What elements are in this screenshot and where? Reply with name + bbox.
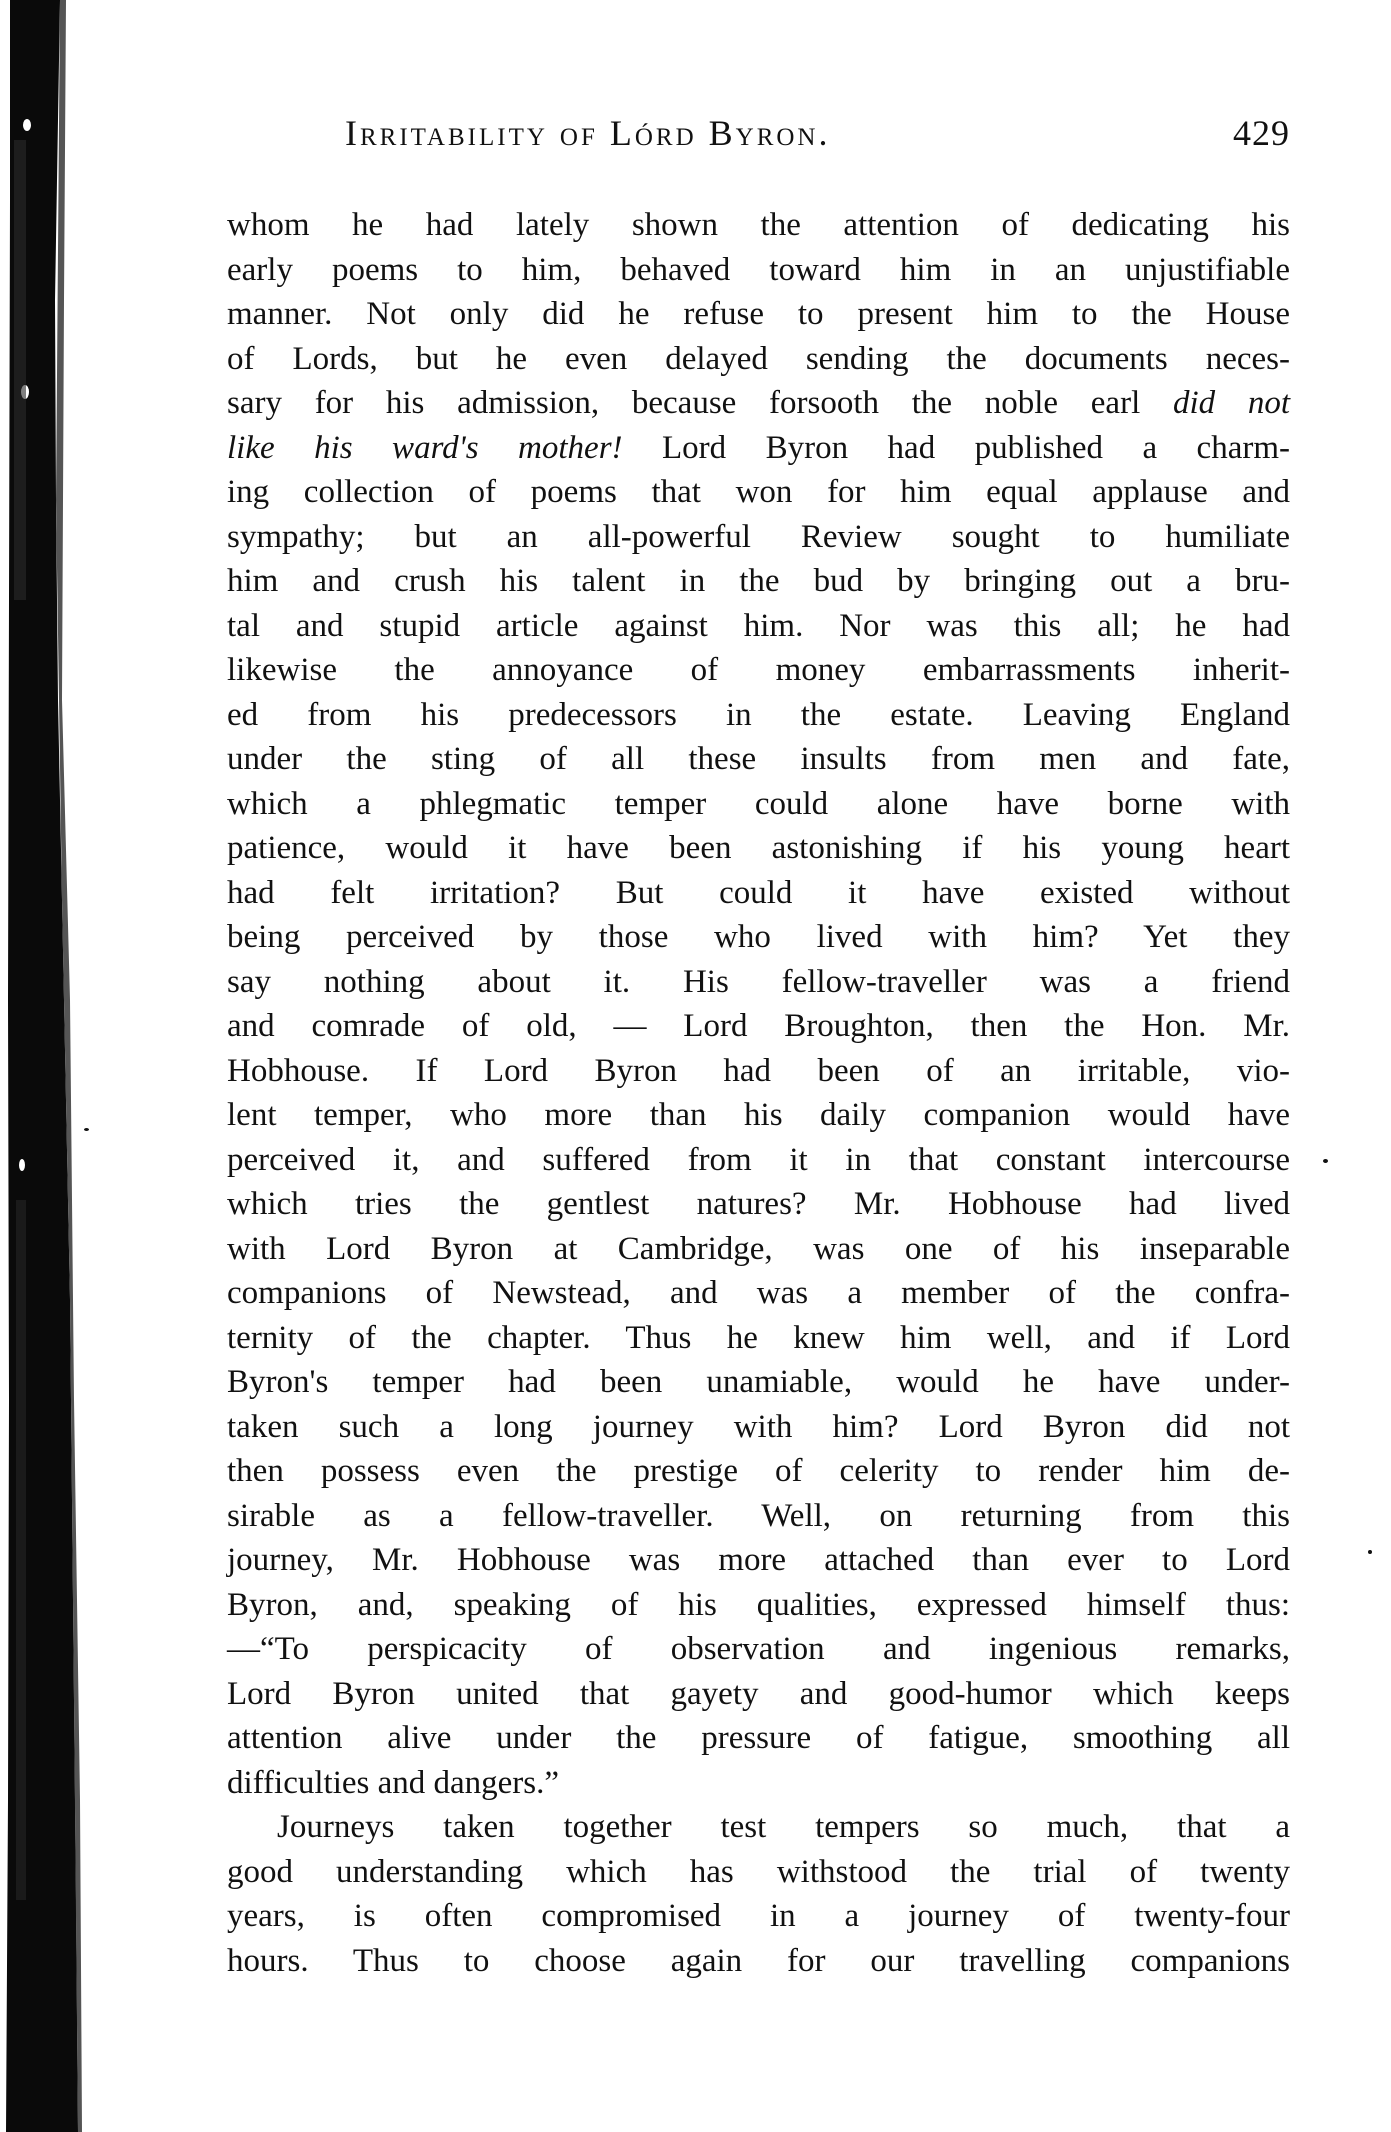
- text-segment: sary for his admission, because forsooth…: [227, 385, 1173, 421]
- text-line: sary for his admission, because forsooth…: [227, 381, 1290, 426]
- text-line: hours. Thus to choose again for our trav…: [227, 1939, 1290, 1984]
- italic-emphasis: like his ward's mother!: [227, 430, 623, 466]
- binding-shadow-icon: [0, 0, 90, 2132]
- text-line: perceived it, and suffered from it in th…: [227, 1138, 1290, 1183]
- text-line: Hobhouse. If Lord Byron had been of an i…: [227, 1049, 1290, 1094]
- text-line: of Lords, but he even delayed sending th…: [227, 337, 1290, 382]
- text-line: likewise the annoyance of money embarras…: [227, 648, 1290, 693]
- text-line: journey, Mr. Hobhouse was more attached …: [227, 1538, 1290, 1583]
- text-line: being perceived by those who lived with …: [227, 915, 1290, 960]
- text-line: years, is often compromised in a journey…: [227, 1894, 1290, 1939]
- text-line: —“To perspicacity of observation and ing…: [227, 1627, 1290, 1672]
- text-line: ed from his predecessors in the estate. …: [227, 693, 1290, 738]
- text-line: sympathy; but an all-powerful Review sou…: [227, 515, 1290, 560]
- body-text: whom he had lately shown the attention o…: [227, 203, 1290, 1983]
- text-line: him and crush his talent in the bud by b…: [227, 559, 1290, 604]
- text-line: Lord Byron united that gayety and good-h…: [227, 1672, 1290, 1717]
- paragraph-start-line: Journeys taken together test tempers so …: [227, 1805, 1290, 1850]
- text-line: under the sting of all these insults fro…: [227, 737, 1290, 782]
- text-line: which a phlegmatic temper could alone ha…: [227, 782, 1290, 827]
- text-line: good understanding which has withstood t…: [227, 1850, 1290, 1895]
- text-line: companions of Newstead, and was a member…: [227, 1271, 1290, 1316]
- text-line: then possess even the prestige of celeri…: [227, 1449, 1290, 1494]
- page-number: 429: [1233, 112, 1290, 154]
- text-line: tal and stupid article against him. Nor …: [227, 604, 1290, 649]
- text-line: sirable as a fellow-traveller. Well, on …: [227, 1494, 1290, 1539]
- text-line: early poems to him, behaved toward him i…: [227, 248, 1290, 293]
- page-header: Irritability of Lórd Byron. 429: [345, 112, 1290, 156]
- text-line: lent temper, who more than his daily com…: [227, 1093, 1290, 1138]
- text-line: say nothing about it. His fellow-travell…: [227, 960, 1290, 1005]
- text-line: with Lord Byron at Cambridge, was one of…: [227, 1227, 1290, 1272]
- text-line: manner. Not only did he refuse to presen…: [227, 292, 1290, 337]
- text-line: ing collection of poems that won for him…: [227, 470, 1290, 515]
- print-speck: [1323, 1159, 1328, 1163]
- text-segment: Lord Byron had published a charm-: [623, 430, 1290, 466]
- text-line: ternity of the chapter. Thus he knew him…: [227, 1316, 1290, 1361]
- italic-emphasis: did not: [1173, 385, 1290, 421]
- paragraph-end-line: difficulties and dangers.”: [227, 1761, 1290, 1806]
- text-line: whom he had lately shown the attention o…: [227, 203, 1290, 248]
- print-speck: [84, 1128, 89, 1131]
- text-line: Byron, and, speaking of his qualities, e…: [227, 1583, 1290, 1628]
- running-title: Irritability of Lórd Byron.: [345, 112, 831, 154]
- text-line: taken such a long journey with him? Lord…: [227, 1405, 1290, 1450]
- text-line: and comrade of old, — Lord Broughton, th…: [227, 1004, 1290, 1049]
- text-line: attention alive under the pressure of fa…: [227, 1716, 1290, 1761]
- text-line: Byron's temper had been unamiable, would…: [227, 1360, 1290, 1405]
- text-line: had felt irritation? But could it have e…: [227, 871, 1290, 916]
- text-line: patience, would it have been astonishing…: [227, 826, 1290, 871]
- book-binding-edge: [0, 0, 90, 2132]
- text-line: which tries the gentlest natures? Mr. Ho…: [227, 1182, 1290, 1227]
- print-speck: [1368, 1550, 1372, 1554]
- text-line: like his ward's mother! Lord Byron had p…: [227, 426, 1290, 471]
